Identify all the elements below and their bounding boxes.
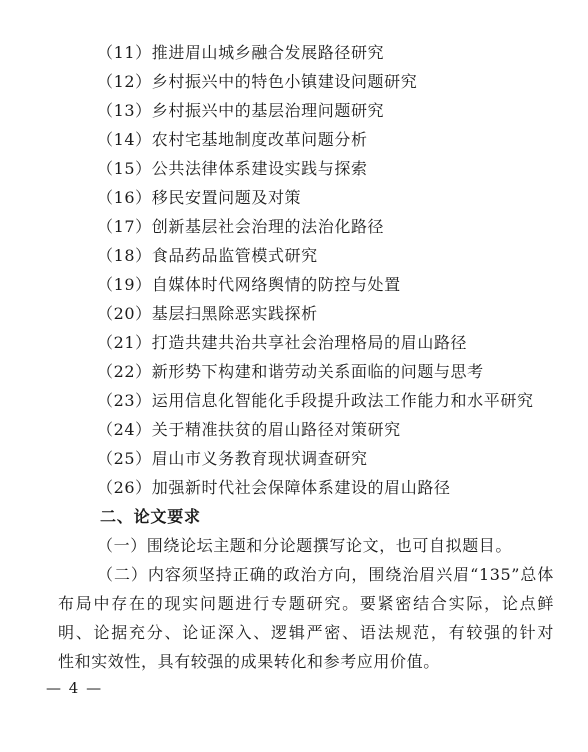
topic-list-item: （17）创新基层社会治理的法治化路径 xyxy=(58,212,554,241)
section-heading-paper-requirements: 二、论文要求 xyxy=(58,502,554,531)
topic-list-item: （12）乡村振兴中的特色小镇建设问题研究 xyxy=(58,67,554,96)
requirement-paragraph-2-line: 性和实效性，具有较强的成果转化和参考应用价值。 xyxy=(58,647,554,676)
topic-list-item: （21）打造共建共治共享社会治理格局的眉山路径 xyxy=(58,328,554,357)
requirement-paragraph-1: （一）围绕论坛主题和分论题撰写论文，也可自拟题目。 xyxy=(58,531,554,560)
topic-list-item: （25）眉山市义务教育现状调查研究 xyxy=(58,444,554,473)
topic-list-item: （18）食品药品监管模式研究 xyxy=(58,241,554,270)
topic-list-item: （11）推进眉山城乡融合发展路径研究 xyxy=(58,38,554,67)
requirement-paragraph-2-line: 明、论据充分、论证深入、逻辑严密、语法规范，有较强的针对 xyxy=(58,618,554,647)
page-number: — 4 — xyxy=(46,674,103,703)
requirement-paragraph-2-line: 布局中存在的现实问题进行专题研究。要紧密结合实际，论点鲜 xyxy=(58,589,554,618)
requirement-paragraph-2-line: （二）内容须坚持正确的政治方向，围绕治眉兴眉“135”总体 xyxy=(58,560,554,589)
topic-list-item: （15）公共法律体系建设实践与探索 xyxy=(58,154,554,183)
document-content: （11）推进眉山城乡融合发展路径研究 （12）乡村振兴中的特色小镇建设问题研究 … xyxy=(58,38,554,676)
topic-list-item: （24）关于精准扶贫的眉山路径对策研究 xyxy=(58,415,554,444)
topic-list-item: （19）自媒体时代网络舆情的防控与处置 xyxy=(58,270,554,299)
topic-list-item: （14）农村宅基地制度改革问题分析 xyxy=(58,125,554,154)
topic-list-item: （16）移民安置问题及对策 xyxy=(58,183,554,212)
topic-list-item: （26）加强新时代社会保障体系建设的眉山路径 xyxy=(58,473,554,502)
topic-list-item: （23）运用信息化智能化手段提升政法工作能力和水平研究 xyxy=(58,386,554,415)
topic-list-item: （22）新形势下构建和谐劳动关系面临的问题与思考 xyxy=(58,357,554,386)
topic-list-item: （20）基层扫黑除恶实践探析 xyxy=(58,299,554,328)
document-page: （11）推进眉山城乡融合发展路径研究 （12）乡村振兴中的特色小镇建设问题研究 … xyxy=(0,0,588,752)
topic-list-item: （13）乡村振兴中的基层治理问题研究 xyxy=(58,96,554,125)
